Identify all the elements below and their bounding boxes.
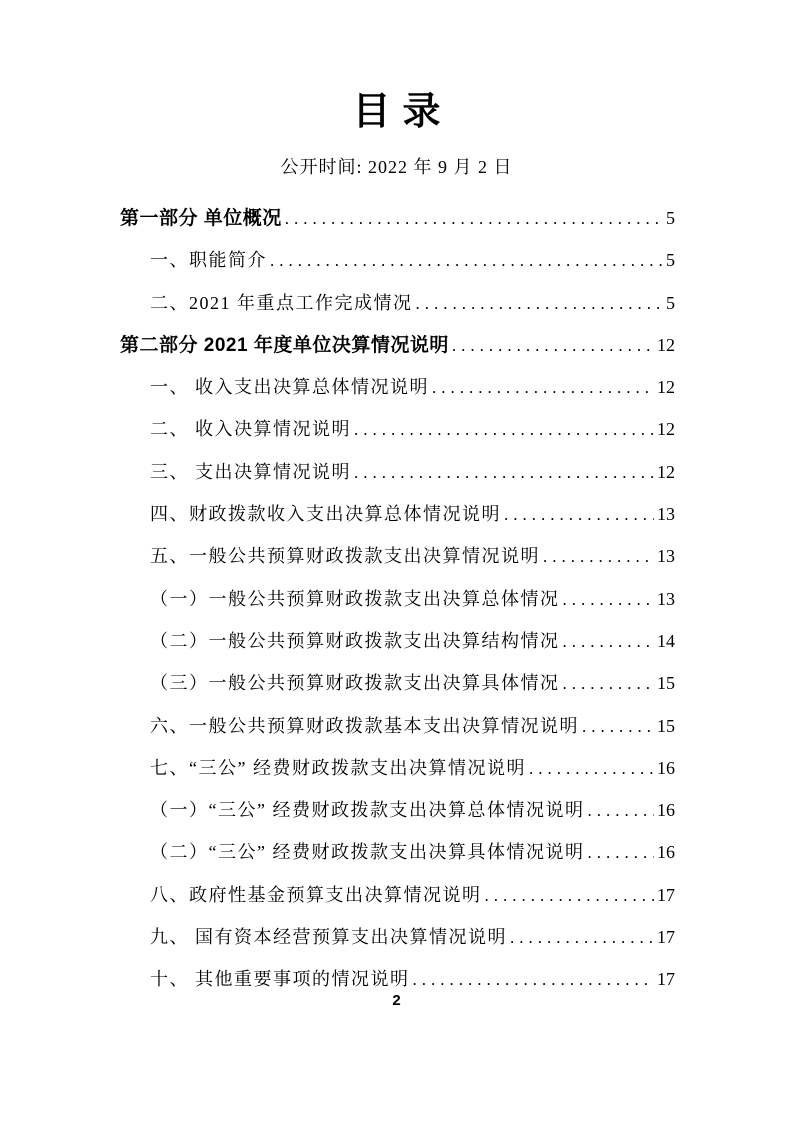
- dot-leader: [504, 503, 654, 527]
- dot-leader: [563, 630, 655, 654]
- toc-entry-label: 九、 国有资本经营预算支出决算情况说明: [150, 925, 507, 949]
- toc-entry-label: 三、 支出决算情况说明: [150, 460, 351, 484]
- toc-entry-page: 15: [657, 714, 675, 738]
- toc-entry-page: 5: [666, 206, 675, 230]
- toc-entry-label: 第二部分 2021 年度单位决算情况说明: [120, 334, 449, 358]
- toc-entry: （一）一般公共预算财政拨款支出决算总体情况13: [120, 587, 675, 629]
- dot-leader: [587, 841, 654, 865]
- toc-entry: 六、一般公共预算财政拨款基本支出决算情况说明15: [120, 714, 675, 756]
- dot-leader: [563, 588, 655, 612]
- dot-leader: [416, 292, 664, 316]
- toc-entry: 一、 收入支出决算总体情况说明12: [120, 375, 675, 417]
- publish-date: 公开时间: 2022 年 9 月 2 日: [0, 153, 793, 179]
- document-page: 目录 公开时间: 2022 年 9 月 2 日 第一部分 单位概况5一、职能简介…: [0, 0, 793, 1122]
- toc-entry-page: 5: [666, 248, 675, 272]
- toc-entry-page: 17: [657, 883, 675, 907]
- toc-entry-page: 12: [657, 333, 675, 357]
- toc-entry-page: 15: [657, 671, 675, 695]
- toc-entry-label: 六、一般公共预算财政拨款基本支出决算情况说明: [150, 714, 579, 738]
- toc-entry: 四、财政拨款收入支出决算总体情况说明13: [120, 502, 675, 544]
- dot-leader: [270, 249, 663, 273]
- toc-entry: 七、“三公” 经费财政拨款支出决算情况说明16: [120, 756, 675, 798]
- toc-entry-page: 16: [657, 840, 675, 864]
- toc-entry-label: 二、2021 年重点工作完成情况: [150, 291, 413, 315]
- dot-leader: [529, 757, 654, 781]
- toc-entry-label: 七、“三公” 经费财政拨款支出决算情况说明: [150, 756, 526, 780]
- toc-entry-page: 16: [657, 798, 675, 822]
- toc-entry-page: 12: [657, 417, 675, 441]
- toc-entry: 第二部分 2021 年度单位决算情况说明12: [120, 333, 675, 375]
- toc-entry: 九、 国有资本经营预算支出决算情况说明17: [120, 925, 675, 967]
- toc-entry: 二、2021 年重点工作完成情况5: [120, 291, 675, 333]
- dot-leader: [413, 968, 655, 992]
- toc-entry-page: 13: [657, 544, 675, 568]
- toc-entry: 八、政府性基金预算支出决算情况说明17: [120, 883, 675, 925]
- toc-entry-label: 五、一般公共预算财政拨款支出决算情况说明: [150, 544, 540, 568]
- footer-page-number: 2: [0, 992, 793, 1009]
- dot-leader: [432, 376, 654, 400]
- toc-entry-page: 13: [657, 502, 675, 526]
- toc-entry-label: 八、政府性基金预算支出决算情况说明: [150, 883, 482, 907]
- toc-entry-page: 14: [657, 629, 675, 653]
- toc-entry-label: 十、 其他重要事项的情况说明: [150, 967, 410, 991]
- dot-leader: [543, 545, 654, 569]
- toc-entry-page: 13: [657, 587, 675, 611]
- toc-entry: 第一部分 单位概况5: [120, 206, 675, 248]
- toc-entry: （二）一般公共预算财政拨款支出决算结构情况14: [120, 629, 675, 671]
- toc-entry-label: （一）一般公共预算财政拨款支出决算总体情况: [150, 587, 560, 611]
- toc-list: 第一部分 单位概况5一、职能简介5二、2021 年重点工作完成情况5第二部分 2…: [120, 206, 675, 1010]
- dot-leader: [354, 418, 654, 442]
- toc-entry: 五、一般公共预算财政拨款支出决算情况说明13: [120, 544, 675, 586]
- toc-entry-label: （二）“三公” 经费财政拨款支出决算具体情况说明: [150, 840, 584, 864]
- toc-entry-page: 12: [657, 375, 675, 399]
- toc-entry-label: （二）一般公共预算财政拨款支出决算结构情况: [150, 629, 560, 653]
- dot-leader: [485, 884, 655, 908]
- toc-entry-page: 16: [657, 756, 675, 780]
- toc-entry: （三）一般公共预算财政拨款支出决算具体情况15: [120, 671, 675, 713]
- toc-entry-label: 第一部分 单位概况: [120, 207, 282, 231]
- dot-leader: [452, 334, 654, 358]
- toc-entry: （二）“三公” 经费财政拨款支出决算具体情况说明16: [120, 840, 675, 882]
- toc-entry-page: 17: [657, 967, 675, 991]
- page-title: 目录: [0, 90, 793, 136]
- toc-entry: （一）“三公” 经费财政拨款支出决算总体情况说明16: [120, 798, 675, 840]
- dot-leader: [587, 799, 654, 823]
- toc-entry-label: 一、 收入支出决算总体情况说明: [150, 375, 429, 399]
- toc-entry-label: （一）“三公” 经费财政拨款支出决算总体情况说明: [150, 798, 584, 822]
- toc-entry-page: 12: [657, 460, 675, 484]
- dot-leader: [563, 672, 655, 696]
- dot-leader: [582, 715, 654, 739]
- toc-entry: 一、职能简介5: [120, 248, 675, 290]
- toc-entry: 三、 支出决算情况说明12: [120, 460, 675, 502]
- toc-entry-label: （三）一般公共预算财政拨款支出决算具体情况: [150, 671, 560, 695]
- dot-leader: [354, 461, 654, 485]
- toc-entry-label: 四、财政拨款收入支出决算总体情况说明: [150, 502, 501, 526]
- toc-entry-page: 17: [657, 925, 675, 949]
- toc-entry: 二、 收入决算情况说明12: [120, 417, 675, 459]
- dot-leader: [285, 207, 663, 231]
- toc-entry-label: 二、 收入决算情况说明: [150, 417, 351, 441]
- toc-entry-page: 5: [666, 291, 675, 315]
- dot-leader: [510, 926, 654, 950]
- toc-entry-label: 一、职能简介: [150, 248, 267, 272]
